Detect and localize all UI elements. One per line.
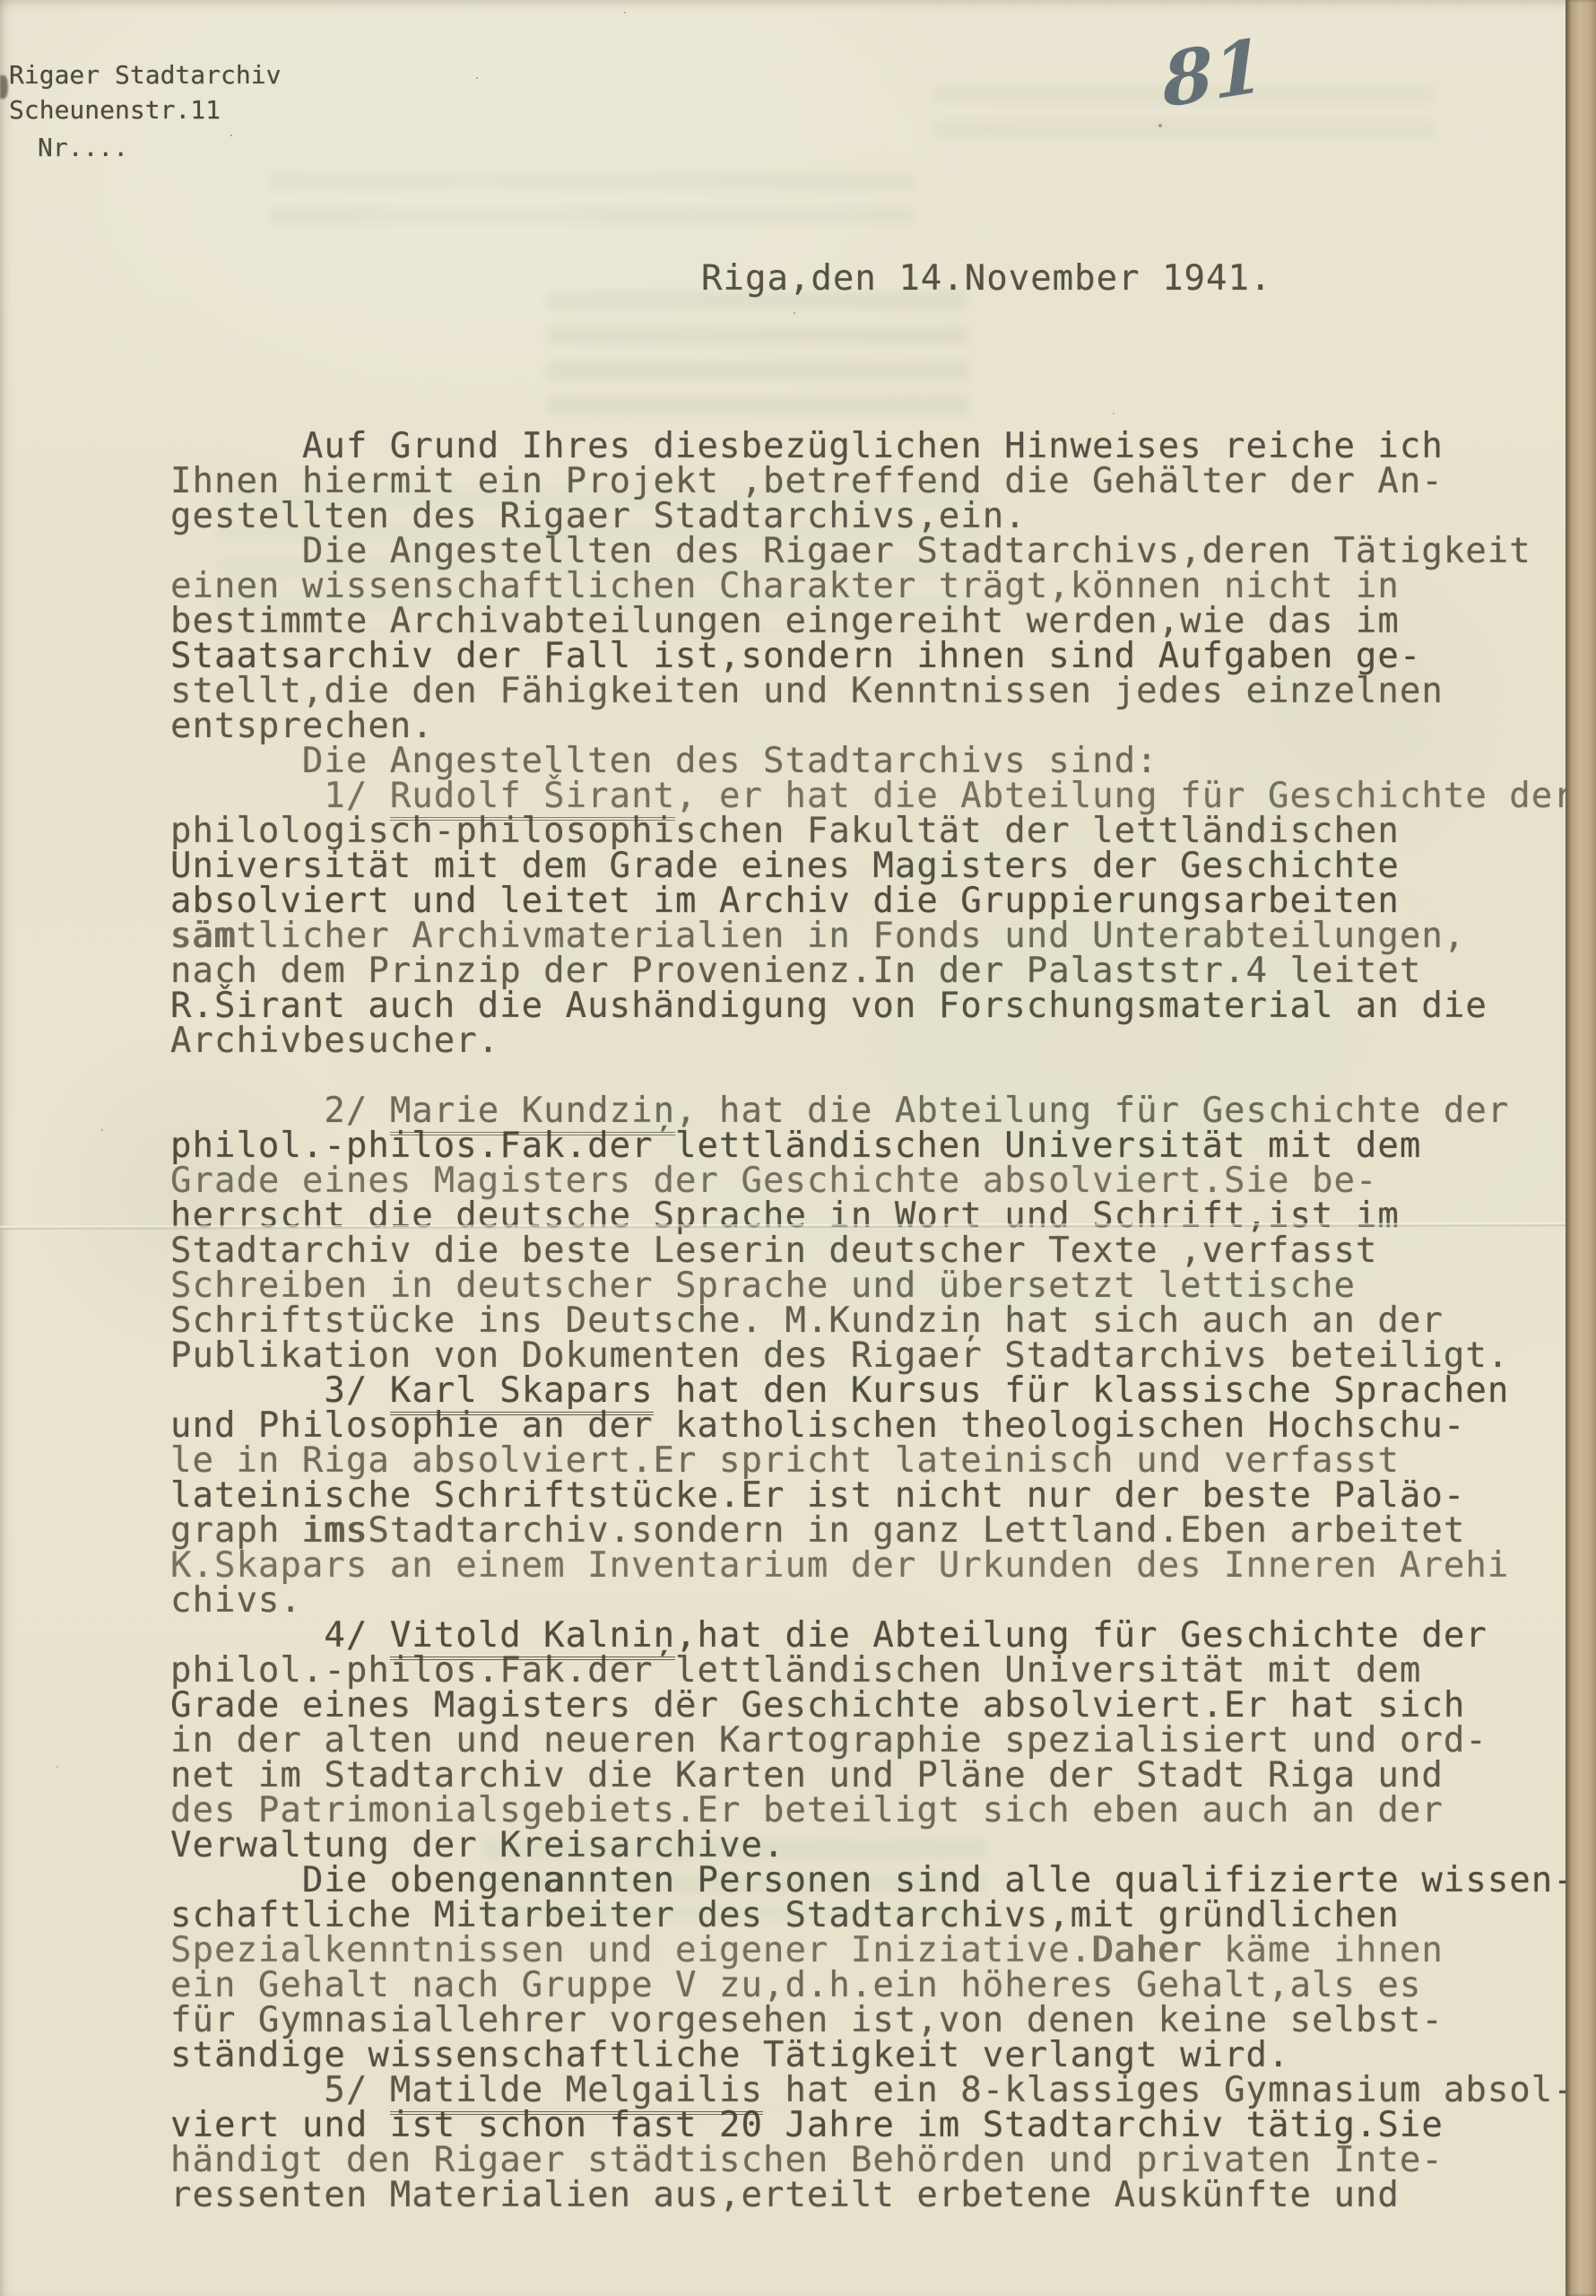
document-line: lateinische Schriftstücke.Er ist nicht n… — [170, 1478, 1569, 1513]
text-segment: Archivbesucher. — [170, 1021, 499, 1061]
document-line: sämtlicher Archivmaterialien in Fonds un… — [170, 918, 1569, 953]
document-page: Rigaer StadtarchivScheunenstr.11 Nr.... … — [0, 0, 1596, 2296]
document-line: 2/ Marie Kundziņ, hat die Abteilung für … — [170, 1093, 1569, 1128]
document-line: Universität mit dem Grade eines Magister… — [170, 848, 1569, 883]
document-line: K.Skapars an einem Inventarium der Urkun… — [170, 1548, 1569, 1583]
document-line: Archivbesucher. — [170, 1023, 1569, 1058]
document-line: philol.-philos.Fak.der lettländischen Un… — [170, 1653, 1569, 1688]
document-line: und Philosophie an der katholischen theo… — [170, 1408, 1569, 1443]
document-line: Stadtarchiv die beste Leserin deutscher … — [170, 1233, 1569, 1268]
document-line: philol.-philos.Fak.der lettländischen Un… — [170, 1128, 1569, 1163]
document-line: schaftliche Mitarbeiter des Stadtarchivs… — [170, 1898, 1569, 1933]
letterhead-org: Rigaer Stadtarchiv — [9, 60, 281, 90]
text-segment: ressenten Materialien aus,erteilt erbete… — [170, 2175, 1400, 2215]
handwritten-page-number: 81 — [1160, 22, 1266, 125]
document-line: Staatsarchiv der Fall ist,sondern ihnen … — [170, 639, 1569, 674]
document-line: philologisch-philosophischen Fakultät de… — [170, 813, 1569, 848]
document-line: le in Riga absolviert.Er spricht lateini… — [170, 1443, 1569, 1478]
document-line: Grade eines Magisters dër Geschichte abs… — [170, 1688, 1569, 1723]
document-line: Grade eines Magisters der Geschichte abs… — [170, 1163, 1569, 1198]
document-line: Die Angestellten des Stadtarchivs sind: — [170, 744, 1569, 778]
document-line: net im Stadtarchiv die Karten und Pläne … — [170, 1758, 1569, 1793]
document-line: viert und ist schon fast 20 Jahre im Sta… — [170, 2108, 1569, 2143]
document-body: Auf Grund Ihres diesbezüglichen Hinweise… — [170, 429, 1569, 2213]
document-line: einen wissenschaftlichen Charakter trägt… — [170, 569, 1569, 604]
document-line: Schriftstücke ins Deutsche. M.Kundziņ ha… — [170, 1303, 1569, 1338]
document-line: Die Angestellten des Rigaer Stadtarchivs… — [170, 534, 1569, 569]
scan-edge-strip — [1566, 0, 1596, 2296]
document-line: absolviert und leitet im Archiv die Grup… — [170, 883, 1569, 918]
document-line: stellt,die den Fähigkeiten und Kenntniss… — [170, 674, 1569, 709]
document-line: R.Širant auch die Aushändigung von Forsc… — [170, 988, 1569, 1023]
bleedthrough-ghost — [269, 172, 915, 224]
document-line: Die obengenannten Personen sind alle qua… — [170, 1863, 1569, 1898]
document-line: in der alten und neueren Kartographie sp… — [170, 1723, 1569, 1758]
document-line: händigt den Rigaer städtischen Behörden … — [170, 2143, 1569, 2178]
document-line: ein Gehalt nach Gruppe V zu,d.h.ein höhe… — [170, 1968, 1569, 2003]
letterhead: Rigaer StadtarchivScheunenstr.11 — [9, 57, 281, 127]
reference-number-label: Nr.... — [38, 133, 128, 162]
document-line: entsprechen. — [170, 709, 1569, 744]
document-line: Publikation von Dokumenten des Rigaer St… — [170, 1338, 1569, 1373]
edge-mark — [0, 75, 8, 99]
document-line: ressenten Materialien aus,erteilt erbete… — [170, 2178, 1569, 2213]
document-line: Verwaltung der Kreisarchive. — [170, 1828, 1569, 1863]
document-line: gestellten des Rigaer Stadtarchivs,ein. — [170, 499, 1569, 534]
document-line: 3/ Karl Skapars hat den Kursus für klass… — [170, 1373, 1569, 1408]
document-line: des Patrimonialsgebiets.Er beteiligt sic… — [170, 1793, 1569, 1828]
document-line — [170, 1058, 1569, 1093]
text-segment: K.Skapars an einem Inventarium der Urkun… — [170, 1545, 1509, 1586]
document-line: ständige wissenschaftliche Tätigkeit ver… — [170, 2038, 1569, 2073]
dateline: Riga,den 14.November 1941. — [701, 258, 1271, 299]
letterhead-address: Scheunenstr.11 — [9, 95, 221, 125]
document-line: 1/ Rudolf Širant, er hat die Abteilung f… — [170, 778, 1569, 813]
document-line: für Gymnasiallehrer vorgesehen ist,von d… — [170, 2003, 1569, 2038]
document-line: Auf Grund Ihres diesbezüglichen Hinweise… — [170, 429, 1569, 464]
document-line: Spezialkenntnissen und eigener Iniziativ… — [170, 1933, 1569, 1968]
paper-specks — [0, 0, 4, 4]
document-line: 5/ Matilde Melgailis hat ein 8-klassiges… — [170, 2073, 1569, 2108]
document-line: chivs. — [170, 1583, 1569, 1618]
document-line: bestimmte Archivabteilungen eingereiht w… — [170, 604, 1569, 639]
document-line: Ihnen hiermit ein Projekt ,betreffend di… — [170, 464, 1569, 499]
document-line: 4/ Vitold Kalniņ,hat die Abteilung für G… — [170, 1618, 1569, 1653]
bleedthrough-ghost — [547, 291, 968, 428]
document-line: nach dem Prinzip der Provenienz.In der P… — [170, 953, 1569, 988]
document-line: Schreiben in deutscher Sprache und übers… — [170, 1268, 1569, 1303]
document-line: graph imsStadtarchiv.sondern in ganz Let… — [170, 1513, 1569, 1548]
